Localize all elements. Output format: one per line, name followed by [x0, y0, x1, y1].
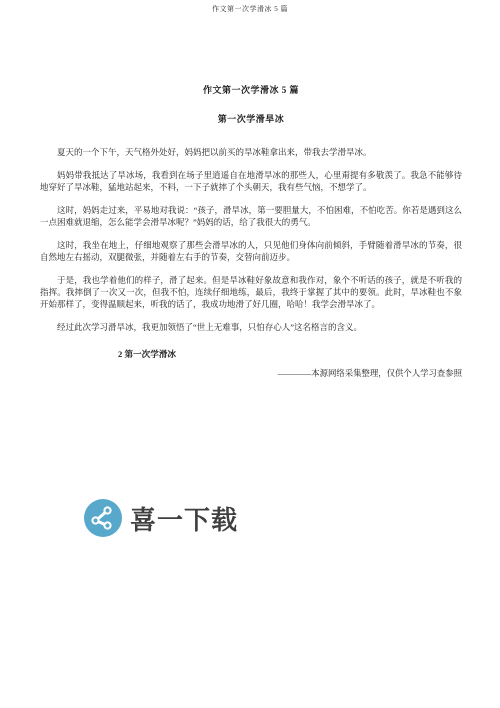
paragraph-2: 妈妈带我抵达了旱冰场，我看到在场子里逍遥自在地滑旱冰的那些人，心里甭提有多敬羡了…: [40, 169, 462, 193]
paragraph-6: 经过此次学习滑旱冰，我更加领悟了“世上无难事，只怕存心人”这名格言的含义。: [40, 321, 462, 333]
share-nodes-icon: [84, 499, 122, 537]
attribution-line: ————本源网络采集整理，仅供个人学习查参照: [40, 367, 462, 379]
paragraph-3: 这时，妈妈走过来，平易地对我说：“孩子，滑旱冰，第一要胆量大，不怕困难，不怕吃苦…: [40, 204, 462, 228]
section-heading-1: 第一次学滑旱冰: [40, 112, 462, 125]
site-watermark: 喜一下载: [84, 499, 238, 537]
paragraph-5: 于是，我也学着他们的样子，滑了起来。但是旱冰鞋好象故意和我作对，象个不听话的孩子…: [40, 274, 462, 310]
document-body: 作文第一次学滑冰 5 篇 第一次学滑旱冰 夏天的一个下午，天气格外处好，妈妈把以…: [40, 83, 462, 379]
paragraph-1: 夏天的一个下午，天气格外处好，妈妈把以前买的旱冰鞋拿出来，带我去学滑旱冰。: [40, 146, 462, 158]
brand-name: 喜一下载: [130, 500, 238, 537]
section-heading-2: 2 第一次学滑冰: [118, 348, 462, 360]
document-page: { "page": { "print_header": "作文第一次学滑冰 5 …: [0, 0, 500, 708]
document-title: 作文第一次学滑冰 5 篇: [40, 83, 462, 96]
paragraph-4: 这时，我坐在地上，仔细地观察了那些会滑旱冰的人，只见他们身体向前倾斜，手臂随着滑…: [40, 239, 462, 263]
print-header: 作文第一次学滑冰 5 篇: [0, 4, 500, 14]
